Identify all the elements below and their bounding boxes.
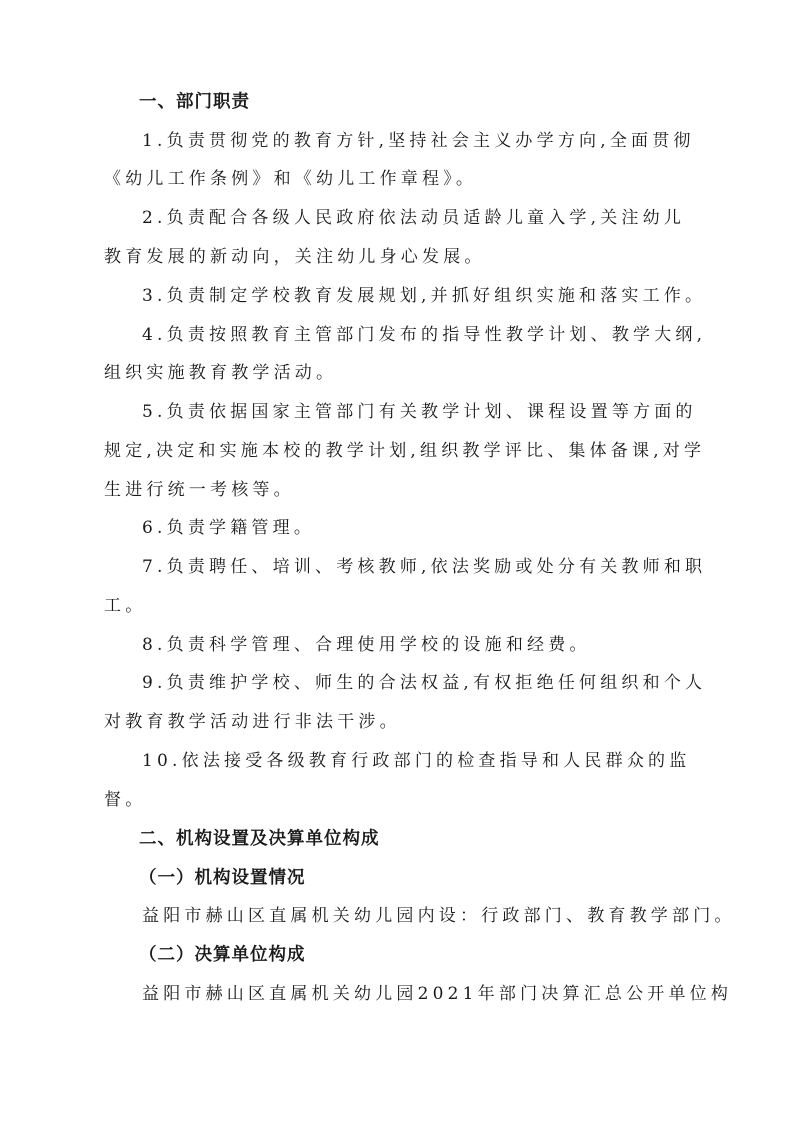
paragraph-line: 生进行统一考核等。 — [104, 480, 295, 500]
paragraph-line: 组织实施教育教学活动。 — [104, 363, 337, 383]
paragraph-line: 1.负责贯彻党的教育方针,坚持社会主义办学方向,全面贯彻 — [142, 131, 695, 151]
paragraph-line: 《幼儿工作条例》和《幼儿工作章程》。 — [104, 169, 477, 189]
section-heading-duties: 一、部门职责 — [139, 92, 250, 112]
paragraph-line: 7.负责聘任、培训、考核教师,依法奖励或处分有关教师和职 — [142, 557, 706, 577]
paragraph-line: 8.负责科学管理、合理使用学校的设施和经费。 — [142, 635, 591, 655]
paragraph-line: 对教育教学活动进行非法干涉。 — [104, 712, 401, 732]
paragraph-line: 10.依法接受各级教育行政部门的检查指导和人民群众的监 — [142, 751, 690, 771]
document-page: 一、部门职责 1.负责贯彻党的教育方针,坚持社会主义办学方向,全面贯彻 《幼儿工… — [0, 0, 793, 1122]
subsection-heading-org-setup: （一）机构设置情况 — [139, 868, 306, 888]
paragraph-line: 4.负责按照教育主管部门发布的指导性教学计划、教学大纲, — [142, 325, 706, 345]
paragraph-line: 工。 — [104, 596, 146, 616]
paragraph-line: 益阳市赫山区直属机关幼儿园2021年部门决算汇总公开单位构 — [142, 984, 732, 1004]
paragraph-line: 5.负责依据国家主管部门有关教学计划、课程设置等方面的 — [142, 402, 697, 422]
section-heading-structure: 二、机构设置及决算单位构成 — [139, 829, 380, 849]
paragraph-line: 督。 — [104, 790, 146, 810]
subsection-heading-unit-composition: （二）决算单位构成 — [139, 945, 306, 965]
paragraph-line: 6.负责学籍管理。 — [142, 518, 315, 538]
paragraph-line: 9.负责维护学校、师生的合法权益,有权拒绝任何组织和个人 — [142, 673, 706, 693]
paragraph-line: 规定,决定和实施本校的教学计划,组织教学评比、集体备课,对学 — [104, 441, 705, 461]
paragraph-line: 2.负责配合各级人民政府依法动员适龄儿童入学,关注幼儿 — [142, 208, 685, 228]
paragraph-line: 益阳市赫山区直属机关幼儿园内设：行政部门、教育教学部门。 — [142, 906, 736, 926]
paragraph-line: 3.负责制定学校教育发展规划,并抓好组织实施和落实工作。 — [142, 286, 706, 306]
paragraph-line: 教育发展的新动向，关注幼儿身心发展。 — [104, 247, 486, 267]
